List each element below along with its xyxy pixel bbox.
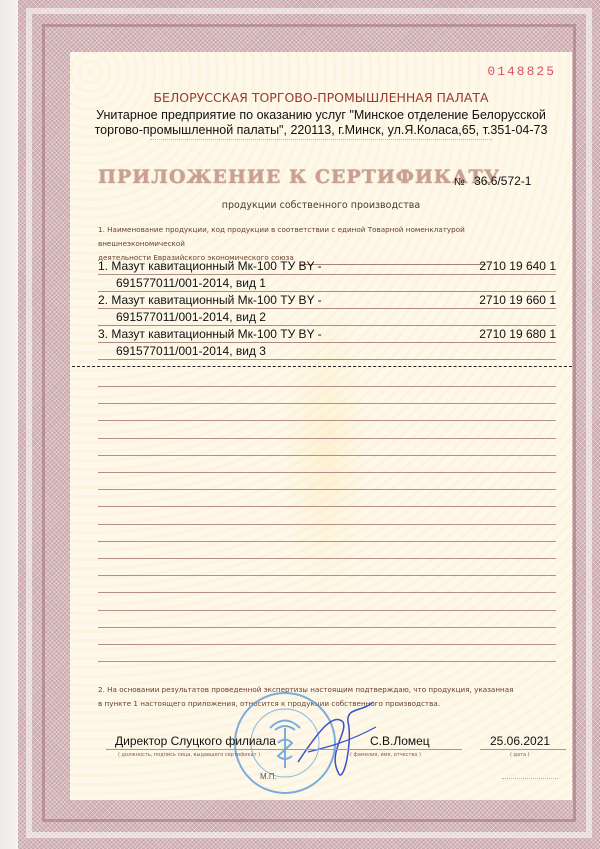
document-subtitle: продукции собственного производства [70,200,572,211]
document-title: ПРИЛОЖЕНИЕ К СЕРТИФИКАТУ [98,166,500,188]
blank-ruled-line [98,386,556,387]
number-symbol: № [454,177,465,188]
dashed-separator [72,366,572,367]
name-underline [340,749,462,750]
blank-ruled-line [98,575,556,576]
role-underline [106,749,346,750]
product-spec: 691577011/001-2014, вид 1 [116,275,266,291]
blank-ruled-line [98,403,556,404]
blank-ruled-line [98,541,556,542]
signatory-name: С.В.Ломец [370,734,430,748]
blank-ruled-line [98,661,556,662]
product-name: 3. Мазут кавитационный Мк-100 ТУ BY - [98,326,322,342]
blank-ruled-line [98,592,556,593]
signatory-role: Директор Слуцкого филиала [115,734,276,748]
product-row: 2. Мазут кавитационный Мк-100 ТУ BY -271… [98,292,556,309]
blank-ruled-line [98,558,556,559]
footer-print-illegible [502,778,558,781]
organization-line-1: Унитарное предприятие по оказанию услуг … [70,108,572,122]
organization-line-2: торгово-промышленной палаты", 220113, г.… [70,123,572,137]
product-code: 2710 19 680 1 [479,326,556,342]
product-code: 2710 19 640 1 [479,258,556,274]
name-caption: ( фамилия, имя, отчество ) [350,752,421,758]
section-2-line-1: 2. На основании результатов проведенной … [98,683,556,697]
section-2-statement: 2. На основании результатов проведенной … [98,683,556,711]
product-row-continuation: 691577011/001-2014, вид 1 [98,275,556,292]
certificate-body: 0148825 БЕЛОРУССКАЯ ТОРГОВО-ПРОМЫШЛЕННАЯ… [70,52,572,800]
product-code: 2710 19 660 1 [479,292,556,308]
blank-ruled-line [98,644,556,645]
page-edge [0,0,18,849]
product-spec: 691577011/001-2014, вид 3 [116,343,266,359]
blank-ruled-line [98,438,556,439]
seal-label: М.П. [260,772,277,781]
serial-number: 0148825 [487,64,556,79]
date-underline [480,749,566,750]
date-caption: ( дата ) [510,752,530,758]
blank-ruled-line [98,489,556,490]
product-row-continuation: 691577011/001-2014, вид 3 [98,343,556,360]
blank-ruled-line [98,610,556,611]
role-caption: ( должность, подпись лица, выдавшего сер… [118,752,260,758]
blank-ruled-line [98,524,556,525]
product-name: 2. Мазут кавитационный Мк-100 ТУ BY - [98,292,322,308]
section-1-line-1: 1. Наименование продукции, код продукции… [98,223,548,251]
signature-date: 25.06.2021 [490,734,550,748]
blank-ruled-line [98,506,556,507]
blank-ruled-line [98,420,556,421]
blank-ruled-line [98,627,556,628]
certificate-number-value: 36.6/572-1 [474,174,531,188]
product-name: 1. Мазут кавитационный Мк-100 ТУ BY - [98,258,322,274]
blank-ruled-line [98,472,556,473]
blank-ruled-line [98,455,556,456]
certificate-number: № 36.6/572-1 [454,174,531,188]
product-spec: 691577011/001-2014, вид 2 [116,309,266,325]
product-row: 1. Мазут кавитационный Мк-100 ТУ BY -271… [98,258,556,275]
section-2-line-2: в пункте 1 настоящего приложения, относи… [98,697,556,711]
organization-name: БЕЛОРУССКАЯ ТОРГОВО-ПРОМЫШЛЕННАЯ ПАЛАТА [70,90,572,105]
product-row: 3. Мазут кавитационный Мк-100 ТУ BY -271… [98,326,556,343]
product-row-continuation: 691577011/001-2014, вид 2 [98,309,556,326]
organization-legend-illegible [150,139,492,143]
